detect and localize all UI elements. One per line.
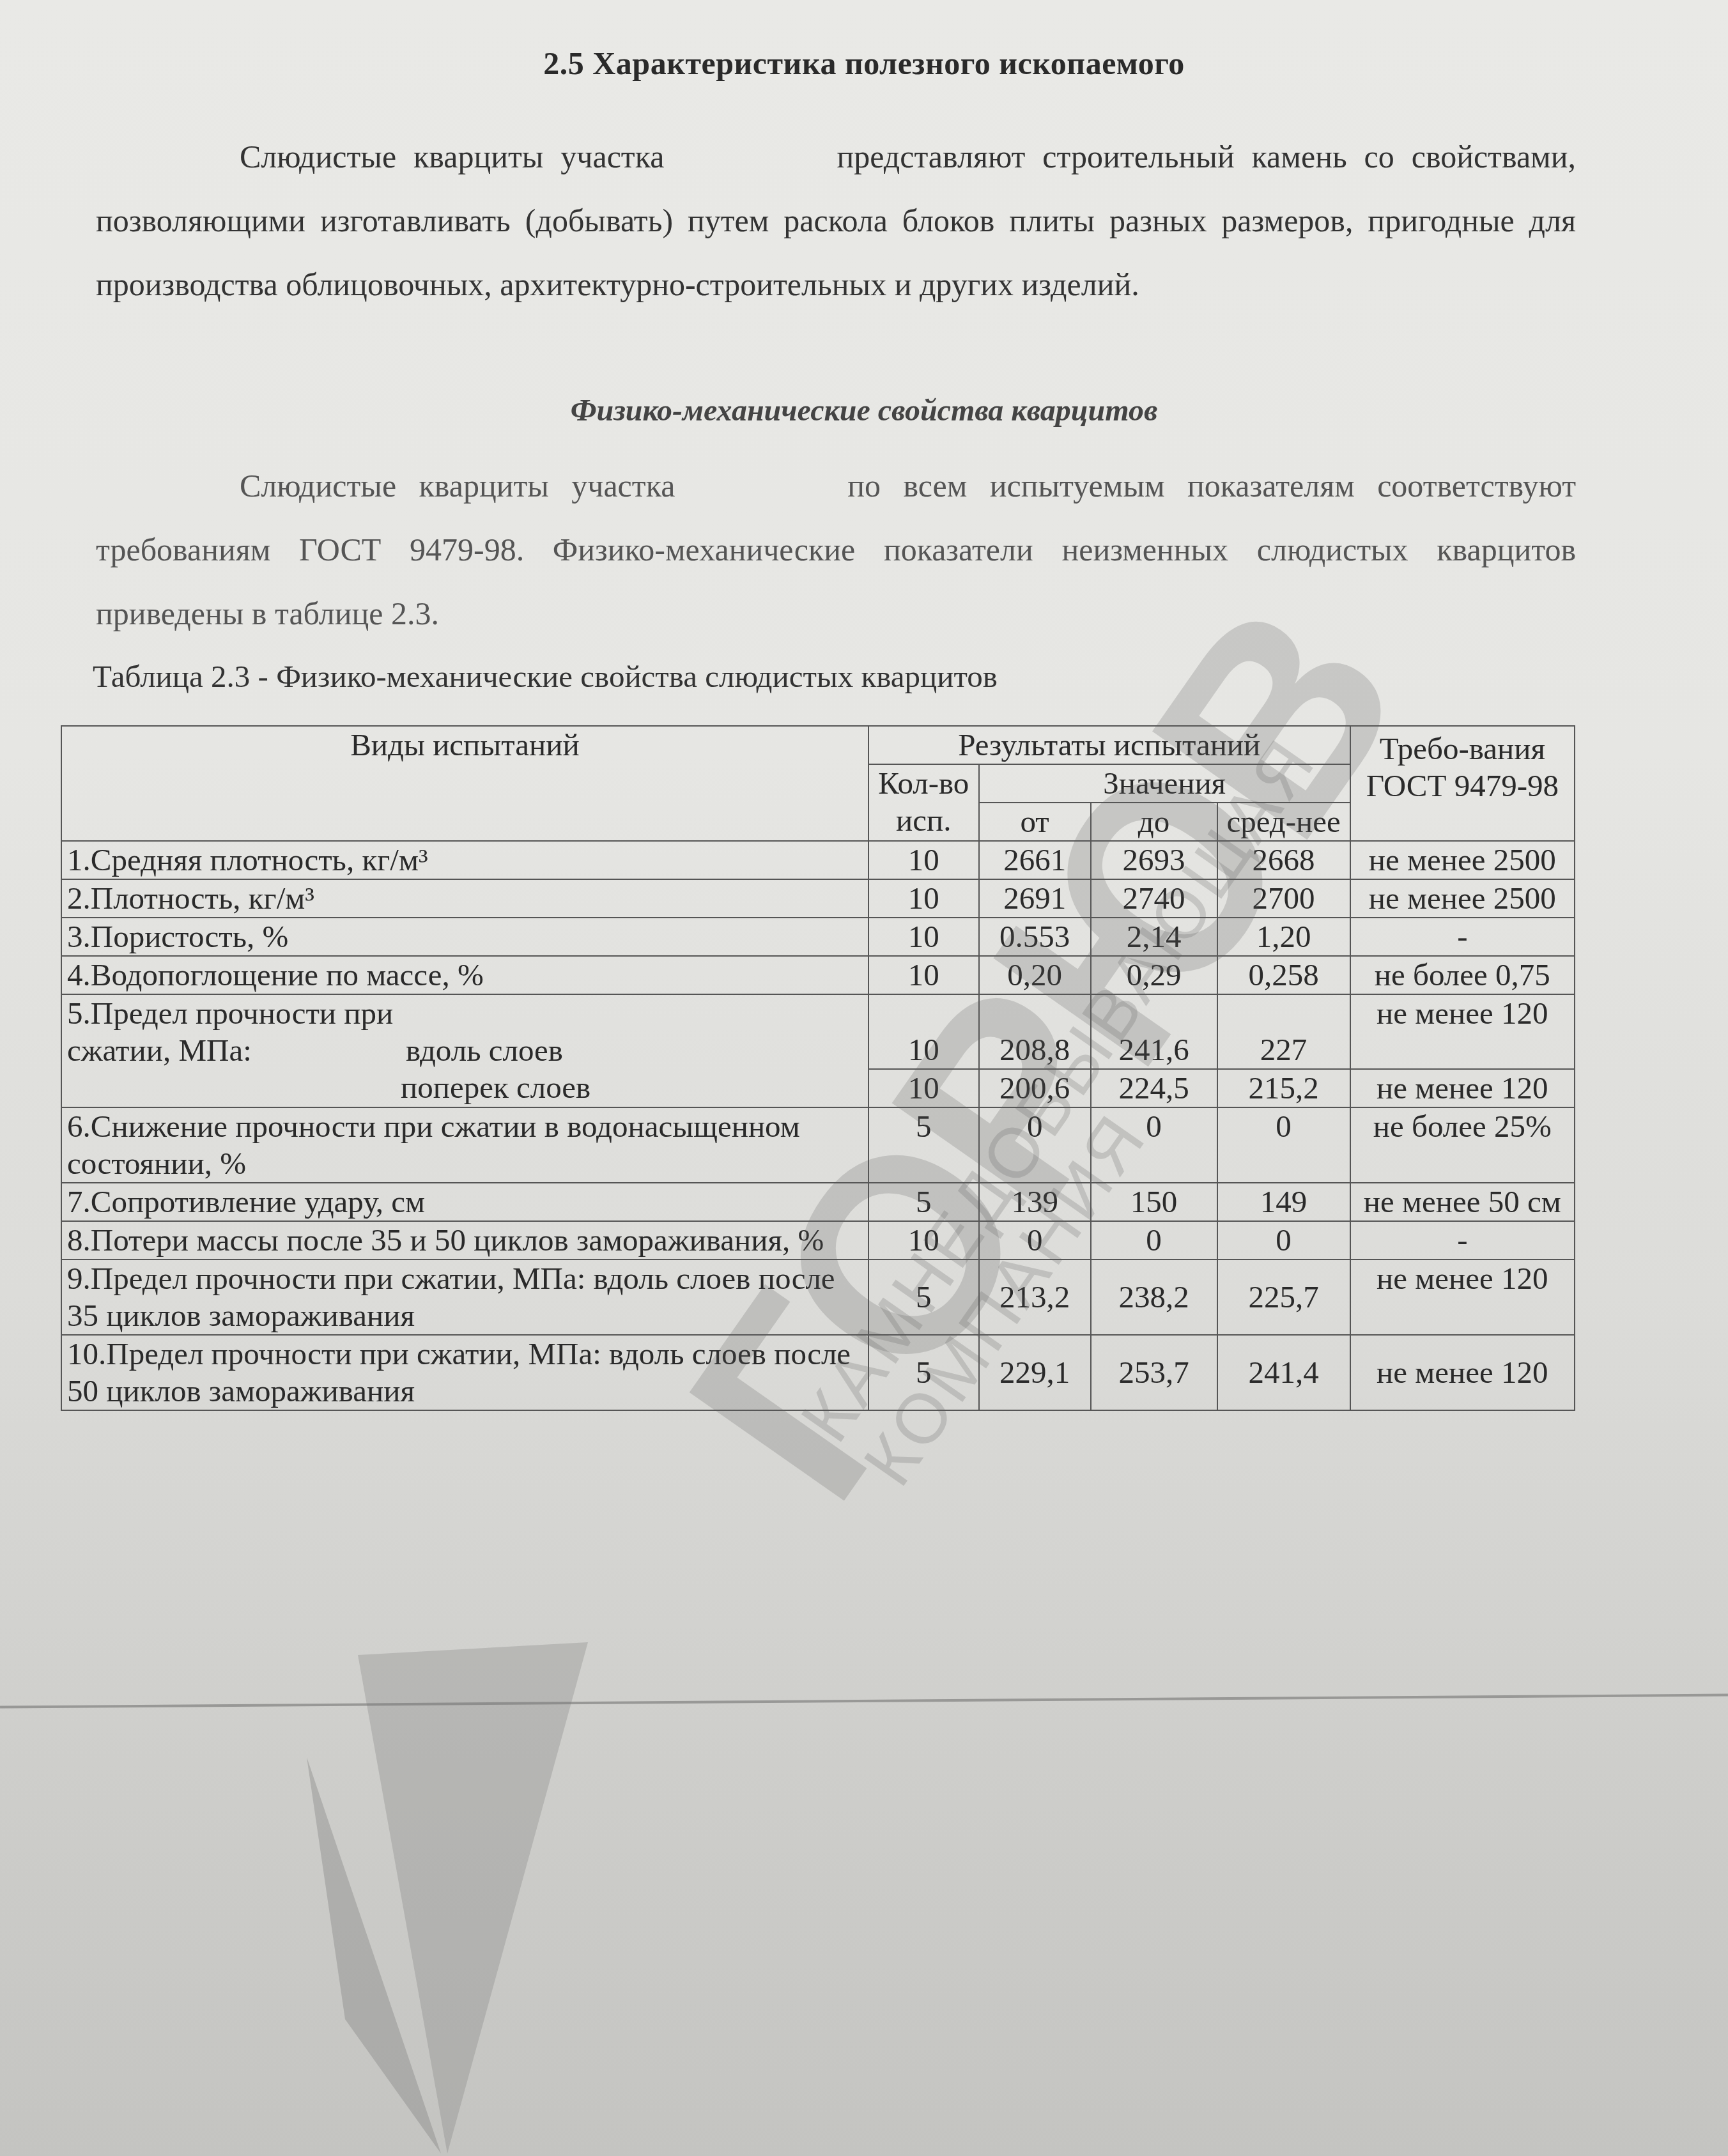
row-to: 0 — [1091, 1221, 1217, 1259]
row-average: 0 — [1217, 1221, 1350, 1259]
row-to: 0 — [1091, 1107, 1217, 1183]
row-from: 208,8 — [979, 994, 1091, 1069]
table-row: 8.Потери массы после 35 и 50 циклов замо… — [61, 1221, 1575, 1259]
row-to: 224,5 — [1091, 1069, 1217, 1107]
table-row: 10.Предел прочности при сжатии, МПа: вдо… — [61, 1335, 1575, 1410]
table-row: 1.Средняя плотность, кг/м³ 10 2661 2693 … — [61, 841, 1575, 879]
header-results: Результаты испытаний — [868, 726, 1350, 764]
table-row: 6.Снижение прочности при сжатии в водона… — [61, 1107, 1575, 1183]
row-average: 241,4 — [1217, 1335, 1350, 1410]
table-row: 9.Предел прочности при сжатии, МПа: вдол… — [61, 1259, 1575, 1335]
row-name: 7.Сопротивление удару, см — [61, 1183, 868, 1221]
header-requirements: Требо-вания ГОСТ 9479-98 — [1350, 726, 1575, 841]
row-to: 2740 — [1091, 879, 1217, 918]
row-requirement: не менее 120 — [1350, 1259, 1575, 1335]
row-requirement: не менее 50 см — [1350, 1183, 1575, 1221]
row-count: 5 — [868, 1107, 979, 1183]
header-test-types: Виды испытаний — [61, 726, 868, 841]
row-requirement: не менее 2500 — [1350, 841, 1575, 879]
row-requirement: не менее 120 — [1350, 1069, 1575, 1107]
row-count: 10 — [868, 918, 979, 956]
row-name: 8.Потери массы после 35 и 50 циклов замо… — [61, 1221, 868, 1259]
row-count: 10 — [868, 956, 979, 994]
document-page: 2.5 Характеристика полезного ископаемого… — [0, 0, 1728, 2156]
table-row: 4.Водопоглощение по массе, % 10 0,20 0,2… — [61, 956, 1575, 994]
header-to: до — [1091, 803, 1217, 841]
row-from: 229,1 — [979, 1335, 1091, 1410]
row-name: 2.Плотность, кг/м³ — [61, 879, 868, 918]
row-count: 5 — [868, 1183, 979, 1221]
row-name: 9.Предел прочности при сжатии, МПа: вдол… — [61, 1259, 868, 1335]
section-title: 2.5 Характеристика полезного ископаемого — [0, 45, 1728, 82]
paragraph1-part1: Слюдистые кварциты участка — [240, 139, 664, 174]
row-from: 213,2 — [979, 1259, 1091, 1335]
table-row: 2.Плотность, кг/м³ 10 2691 2740 2700 не … — [61, 879, 1575, 918]
row-from: 0.553 — [979, 918, 1091, 956]
row-name: 6.Снижение прочности при сжатии в водона… — [61, 1107, 868, 1183]
row-name: 4.Водопоглощение по массе, % — [61, 956, 868, 994]
table-row: 5.Предел прочности при сжатии, МПа: вдол… — [61, 994, 1575, 1069]
row-to: 241,6 — [1091, 994, 1217, 1069]
row-requirement: не более 25% — [1350, 1107, 1575, 1183]
row-from: 0,20 — [979, 956, 1091, 994]
row-requirement: - — [1350, 918, 1575, 956]
row-count: 5 — [868, 1335, 979, 1410]
row-average: 2668 — [1217, 841, 1350, 879]
row-count: 10 — [868, 1221, 979, 1259]
row-count: 10 — [868, 994, 979, 1069]
row-from: 2691 — [979, 879, 1091, 918]
row-average: 0 — [1217, 1107, 1350, 1183]
row-average: 1,20 — [1217, 918, 1350, 956]
row-average: 215,2 — [1217, 1069, 1350, 1107]
table-row: 7.Сопротивление удару, см 5 139 150 149 … — [61, 1183, 1575, 1221]
row-from: 0 — [979, 1221, 1091, 1259]
row-count: 10 — [868, 841, 979, 879]
row-requirement: не менее 2500 — [1350, 879, 1575, 918]
row-average: 227 — [1217, 994, 1350, 1069]
row-name: 3.Пористость, % — [61, 918, 868, 956]
row-to: 238,2 — [1091, 1259, 1217, 1335]
row-average: 149 — [1217, 1183, 1350, 1221]
subsection-title: Физико-механические свойства кварцитов — [0, 393, 1728, 428]
header-average: сред-нее — [1217, 803, 1350, 841]
row-from: 0 — [979, 1107, 1091, 1183]
row-average: 225,7 — [1217, 1259, 1350, 1335]
row-from: 200,6 — [979, 1069, 1091, 1107]
header-values: Значения — [979, 764, 1350, 803]
paragraph-compliance: Слюдистые кварциты участкапо всем испыту… — [96, 454, 1576, 645]
row-requirement: не менее 120 — [1350, 1335, 1575, 1410]
row-count: 10 — [868, 879, 979, 918]
row-requirement: не менее 120 — [1350, 994, 1575, 1069]
table-caption: Таблица 2.3 - Физико-механические свойст… — [93, 658, 998, 695]
row-to: 150 — [1091, 1183, 1217, 1221]
row-from: 139 — [979, 1183, 1091, 1221]
table-row: поперек слоев 10 200,6 224,5 215,2 не ме… — [61, 1069, 1575, 1107]
watermark-v-logo-icon — [307, 1636, 613, 2156]
row-to: 0,29 — [1091, 956, 1217, 994]
row-name: 5.Предел прочности при сжатии, МПа: вдол… — [61, 994, 868, 1069]
row-requirement: не более 0,75 — [1350, 956, 1575, 994]
row-requirement: - — [1350, 1221, 1575, 1259]
header-count: Кол-во исп. — [868, 764, 979, 841]
row-to: 253,7 — [1091, 1335, 1217, 1410]
row-from: 2661 — [979, 841, 1091, 879]
row-count: 5 — [868, 1259, 979, 1335]
row-average: 0,258 — [1217, 956, 1350, 994]
row-count: 10 — [868, 1069, 979, 1107]
row-to: 2,14 — [1091, 918, 1217, 956]
divider-line — [0, 1694, 1728, 1709]
row-subname: поперек слоев — [61, 1069, 868, 1107]
row-to: 2693 — [1091, 841, 1217, 879]
properties-table: Виды испытаний Результаты испытаний Треб… — [61, 725, 1575, 1411]
header-from: от — [979, 803, 1091, 841]
table-row: 3.Пористость, % 10 0.553 2,14 1,20 - — [61, 918, 1575, 956]
paragraph2-part1: Слюдистые кварциты участка — [240, 468, 675, 504]
paragraph-description: Слюдистые кварциты участкапредставляют с… — [96, 125, 1576, 316]
row-name: 10.Предел прочности при сжатии, МПа: вдо… — [61, 1335, 868, 1410]
row-name: 1.Средняя плотность, кг/м³ — [61, 841, 868, 879]
row-average: 2700 — [1217, 879, 1350, 918]
